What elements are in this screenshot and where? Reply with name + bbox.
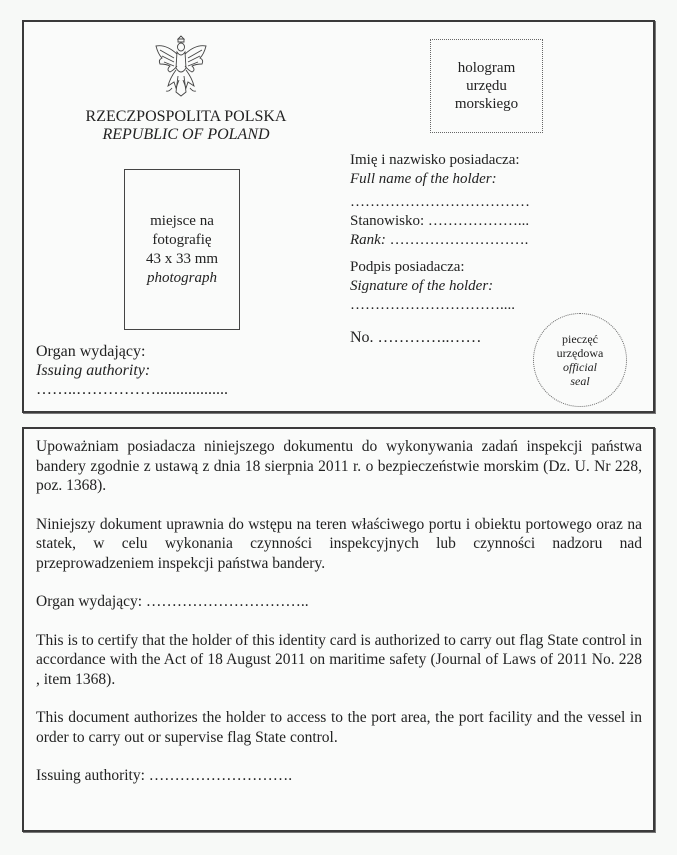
hologram-placeholder: hologram urzędu morskiego <box>430 39 543 133</box>
authorization-paragraph-english: This is to certify that the holder of th… <box>36 631 642 690</box>
card-back: Upoważniam posiadacza niniejszego dokume… <box>22 427 655 832</box>
signature-label-english: Signature of the holder: <box>350 277 530 296</box>
seal-label-line: seal <box>570 374 589 388</box>
issuing-authority-field: Organ wydający: Issuing authority: ……..…… <box>36 342 228 399</box>
rank-label-english: Rank: <box>350 232 386 248</box>
card-front: RZECZPOSPOLITA POLSKA REPUBLIC OF POLAND… <box>22 20 655 413</box>
photo-placeholder: miejsce na fotografię 43 x 33 mm photogr… <box>124 169 240 330</box>
issuing-authority-label-english: Issuing authority: <box>36 361 228 380</box>
seal-label-line: official <box>563 360 597 374</box>
official-seal-placeholder: pieczęć urzędowa official seal <box>533 313 627 407</box>
photo-label-line: miejsce na <box>150 212 214 231</box>
photo-label-english: photograph <box>147 269 217 288</box>
issuing-authority-line-polish[interactable]: Organ wydający: ………………………….. <box>36 592 642 612</box>
document-number-field[interactable]: No. …………..…… <box>350 329 482 347</box>
seal-label-line: pieczęć <box>562 332 598 346</box>
hologram-label-line: morskiego <box>455 95 518 113</box>
hologram-label-line: hologram <box>458 59 516 77</box>
rank-label-polish[interactable]: Stanowisko: ………………... <box>350 212 530 231</box>
holder-fields: Imię i nazwisko posiadacza: Full name of… <box>350 151 530 315</box>
country-name-english: REPUBLIC OF POLAND <box>76 126 296 144</box>
issuing-authority-label-polish: Organ wydający: <box>36 342 228 361</box>
photo-label-line: fotografię <box>152 231 211 250</box>
authorization-paragraph-polish: Upoważniam posiadacza niniejszego dokume… <box>36 437 642 496</box>
photo-size: 43 x 33 mm <box>146 250 218 269</box>
rank-blank[interactable]: ………………………. <box>386 232 529 248</box>
issuing-authority-blank[interactable]: ……..…………….................. <box>36 380 228 399</box>
full-name-label-english: Full name of the holder: <box>350 170 530 189</box>
rank-line[interactable]: Rank: ………………………. <box>350 231 530 250</box>
hologram-label-line: urzędu <box>466 77 507 95</box>
signature-label-polish: Podpis posiadacza: <box>350 258 530 277</box>
authorization-text: Upoważniam posiadacza niniejszego dokume… <box>36 437 642 805</box>
full-name-label-polish: Imię i nazwisko posiadacza: <box>350 151 530 170</box>
access-paragraph-polish: Niniejszy dokument uprawnia do wstępu na… <box>36 515 642 574</box>
access-paragraph-english: This document authorizes the holder to a… <box>36 708 642 747</box>
eagle-emblem-icon <box>152 32 210 100</box>
signature-blank[interactable]: ………………………….... <box>350 296 530 315</box>
country-name-polish: RZECZPOSPOLITA POLSKA <box>76 108 296 126</box>
full-name-blank[interactable]: ……………………………… <box>350 193 530 212</box>
seal-label-line: urzędowa <box>557 346 604 360</box>
issuing-authority-line-english[interactable]: Issuing authority: ………………………. <box>36 766 642 786</box>
